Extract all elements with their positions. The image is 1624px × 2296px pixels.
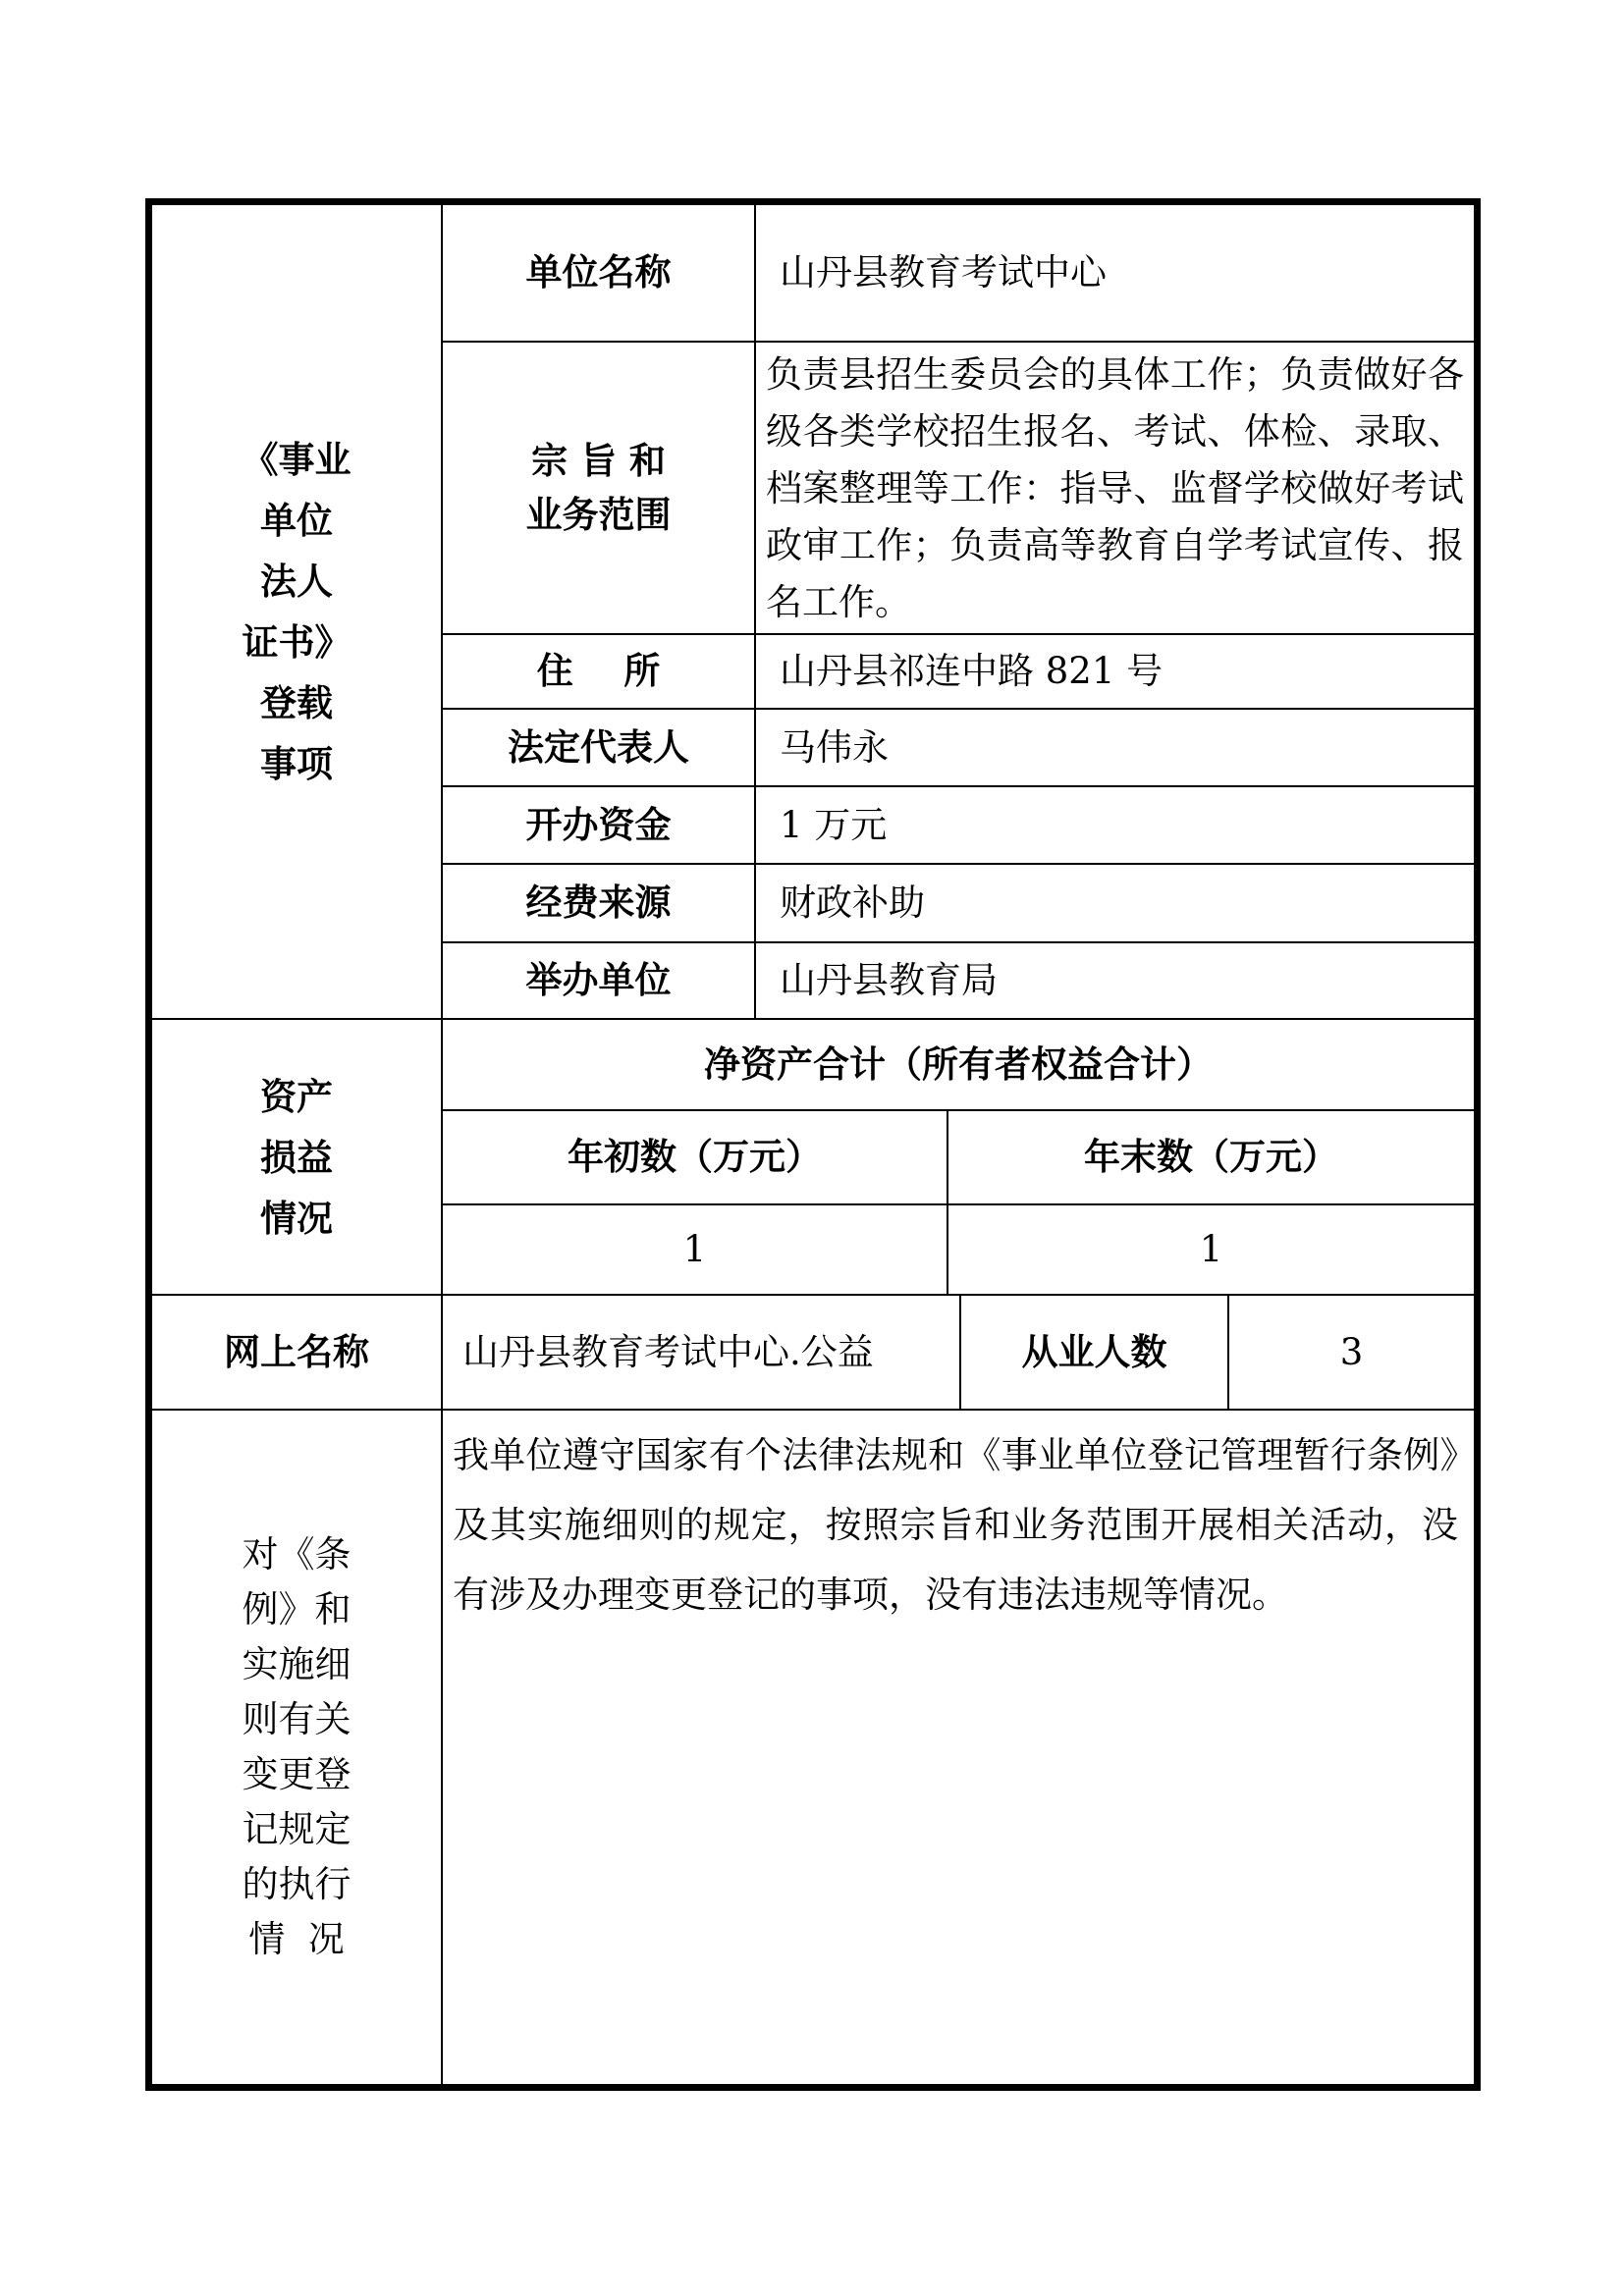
field-label-purpose-scope: 宗 旨 和 业务范围 (443, 343, 756, 635)
side-label-compliance: 对《条 例》和 实施细 则有关 变更登 记规定 的执行 情 况 (152, 1411, 443, 2084)
scanned-form-page: 《事业 单位 法人 证书》 登载 事项 单位名称 山丹县教育考试中心 宗 旨 和… (0, 0, 1624, 2296)
value-year-end: 1 (948, 1205, 1474, 1294)
side-label-certificate-items: 《事业 单位 法人 证书》 登载 事项 (152, 205, 443, 1018)
col-header-year-end: 年末数（万元） (948, 1111, 1474, 1205)
col-header-year-start: 年初数（万元） (443, 1111, 948, 1205)
field-value-startup-capital: 1 万元 (756, 787, 1474, 865)
registration-form-table: 《事业 单位 法人 证书》 登载 事项 单位名称 山丹县教育考试中心 宗 旨 和… (145, 198, 1481, 2091)
field-value-sponsor-unit: 山丹县教育局 (756, 943, 1474, 1018)
field-label-unit-name: 单位名称 (443, 205, 756, 343)
section-assets: 资产 损益 情况 净资产合计（所有者权益合计） 年初数（万元） 年末数（万元） … (152, 1020, 1474, 1296)
field-label-address: 住 所 (443, 635, 756, 710)
side-label-assets: 资产 损益 情况 (152, 1020, 443, 1294)
field-label-online-name: 网上名称 (152, 1296, 443, 1409)
value-year-start: 1 (443, 1205, 948, 1294)
field-value-funding-source: 财政补助 (756, 865, 1474, 943)
net-assets-header: 净资产合计（所有者权益合计） (443, 1020, 1474, 1111)
field-label-staff-count: 从业人数 (961, 1296, 1229, 1409)
field-value-unit-name: 山丹县教育考试中心 (756, 205, 1474, 343)
field-value-online-name: 山丹县教育考试中心.公益 (443, 1296, 961, 1409)
field-label-funding-source: 经费来源 (443, 865, 756, 943)
section-online-name: 网上名称 山丹县教育考试中心.公益 从业人数 3 (152, 1296, 1474, 1411)
compliance-statement: 我单位遵守国家有个法律法规和《事业单位登记管理暂行条例》及其实施细则的规定，按照… (443, 1411, 1474, 2084)
field-label-sponsor-unit: 举办单位 (443, 943, 756, 1018)
section-certificate-items: 《事业 单位 法人 证书》 登载 事项 单位名称 山丹县教育考试中心 宗 旨 和… (152, 205, 1474, 1020)
field-value-purpose-scope: 负责县招生委员会的具体工作；负责做好各级各类学校招生报名、考试、体检、录取、档案… (756, 343, 1474, 635)
field-value-legal-representative: 马伟永 (756, 710, 1474, 787)
section-compliance: 对《条 例》和 实施细 则有关 变更登 记规定 的执行 情 况 我单位遵守国家有… (152, 1411, 1474, 2084)
field-label-startup-capital: 开办资金 (443, 787, 756, 865)
field-value-address: 山丹县祁连中路 821 号 (756, 635, 1474, 710)
field-label-legal-representative: 法定代表人 (443, 710, 756, 787)
field-value-staff-count: 3 (1229, 1296, 1474, 1409)
